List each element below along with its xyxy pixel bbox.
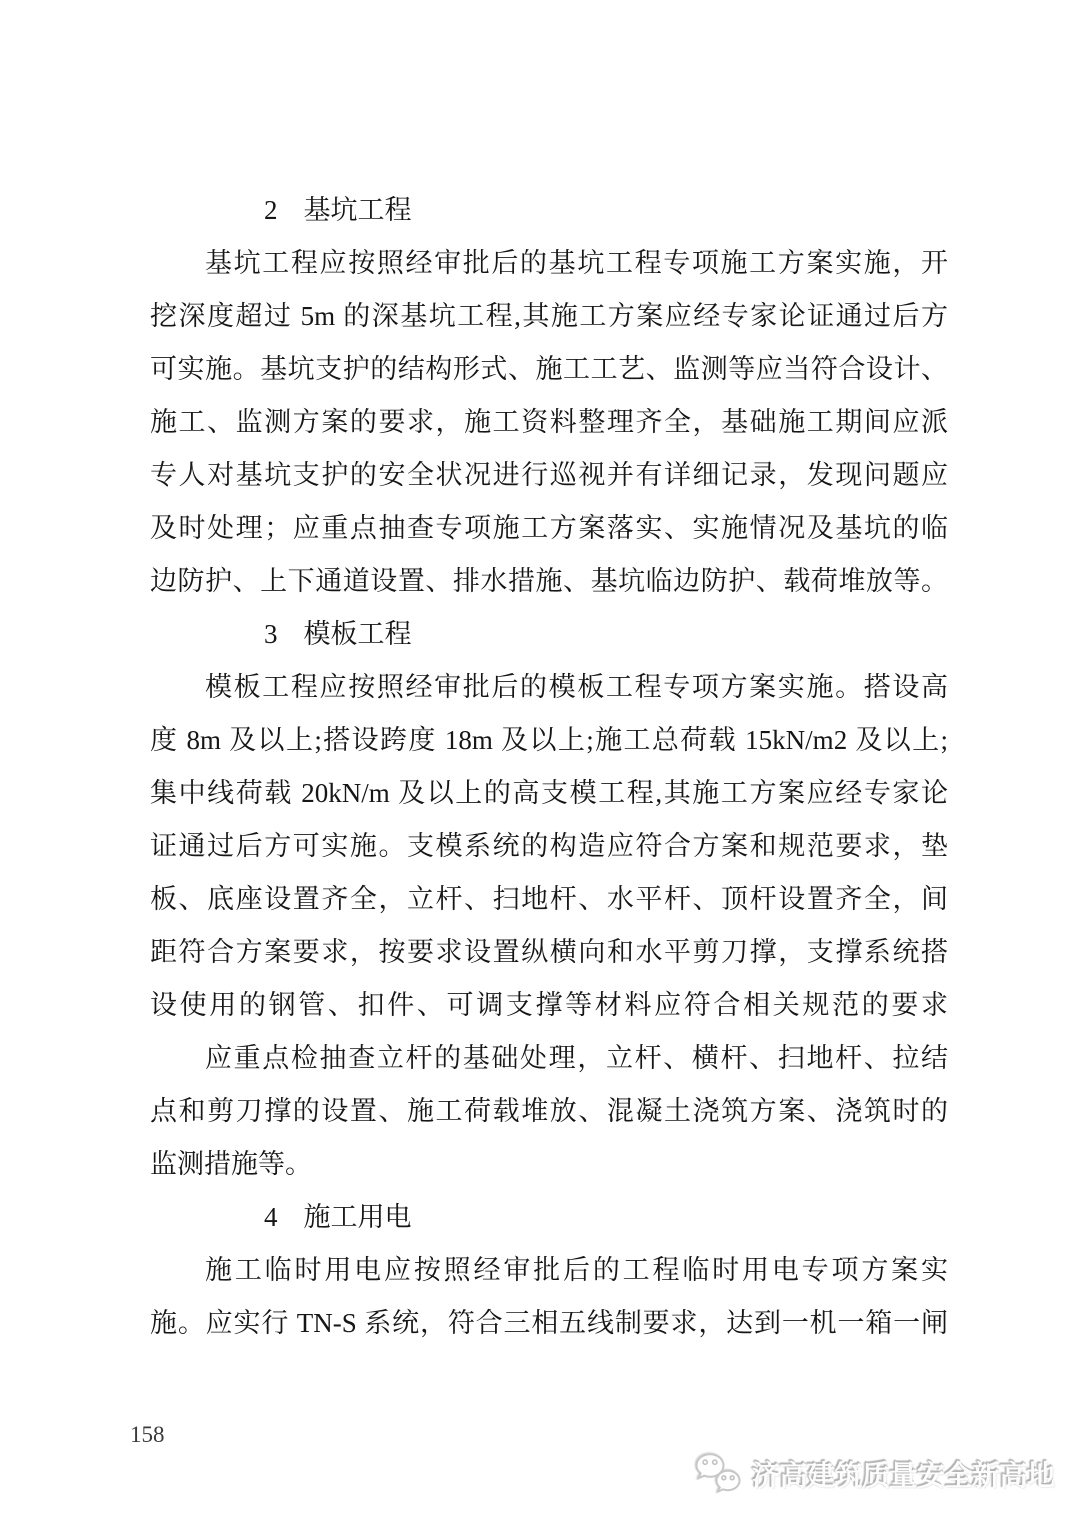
- document-page: 2基坑工程 基坑工程应按照经审批后的基坑工程专项施工方案实施，开 挖深度超过 5…: [0, 0, 1080, 1527]
- text-line: 设使用的钢管、扣件、可调支撑等材料应符合相关规范的要求: [150, 979, 948, 1032]
- text-line: 专人对基坑支护的安全状况进行巡视并有详细记录，发现问题应: [150, 449, 948, 502]
- text-line: 边防护、上下通道设置、排水措施、基坑临边防护、载荷堆放等。: [150, 555, 948, 608]
- text-line: 距符合方案要求，按要求设置纵横向和水平剪刀撑，支撑系统搭: [150, 926, 948, 979]
- text-line: 施。应实行 TN-S 系统，符合三相五线制要求，达到一机一箱一闸: [150, 1297, 948, 1350]
- section-title: 施工用电: [304, 1202, 412, 1232]
- text-line: 证通过后方可实施。支模系统的构造应符合方案和规范要求，垫: [150, 820, 948, 873]
- section-number: 2: [207, 184, 278, 237]
- text-line: 模板工程应按照经审批后的模板工程专项方案实施。搭设高: [150, 661, 948, 714]
- page-number: 158: [130, 1422, 165, 1447]
- document-body: 2基坑工程 基坑工程应按照经审批后的基坑工程专项施工方案实施，开 挖深度超过 5…: [150, 184, 948, 1350]
- text-line: 点和剪刀撑的设置、施工荷载堆放、混凝土浇筑方案、浇筑时的: [150, 1085, 948, 1138]
- text-line: 可实施。基坑支护的结构形式、施工工艺、监测等应当符合设计、: [150, 343, 948, 396]
- section-heading-3: 3模板工程: [150, 608, 948, 661]
- text-line: 度 8m 及以上;搭设跨度 18m 及以上;施工总荷载 15kN/m2 及以上;: [150, 714, 948, 767]
- section-heading-2: 2基坑工程: [150, 184, 948, 237]
- text-line: 集中线荷载 20kN/m 及以上的高支模工程,其施工方案应经专家论: [150, 767, 948, 820]
- watermark: 济高建筑质量安全新高地: [693, 1450, 1055, 1498]
- wechat-icon: [693, 1450, 743, 1498]
- section-number: 4: [207, 1191, 278, 1244]
- text-line: 监测措施等。: [150, 1138, 948, 1191]
- text-line: 施工临时用电应按照经审批后的工程临时用电专项方案实: [150, 1244, 948, 1297]
- section-title: 基坑工程: [304, 195, 412, 225]
- text-line: 板、底座设置齐全，立杆、扫地杆、水平杆、顶杆设置齐全，间: [150, 873, 948, 926]
- text-line: 基坑工程应按照经审批后的基坑工程专项施工方案实施，开: [150, 237, 948, 290]
- section-title: 模板工程: [304, 619, 412, 649]
- text-line: 应重点检抽查立杆的基础处理，立杆、横杆、扫地杆、拉结: [150, 1032, 948, 1085]
- section-heading-4: 4施工用电: [150, 1191, 948, 1244]
- watermark-text: 济高建筑质量安全新高地: [752, 1454, 1055, 1494]
- text-line: 及时处理；应重点抽查专项施工方案落实、实施情况及基坑的临: [150, 502, 948, 555]
- text-line: 挖深度超过 5m 的深基坑工程,其施工方案应经专家论证通过后方: [150, 290, 948, 343]
- section-number: 3: [207, 608, 278, 661]
- text-line: 施工、监测方案的要求，施工资料整理齐全，基础施工期间应派: [150, 396, 948, 449]
